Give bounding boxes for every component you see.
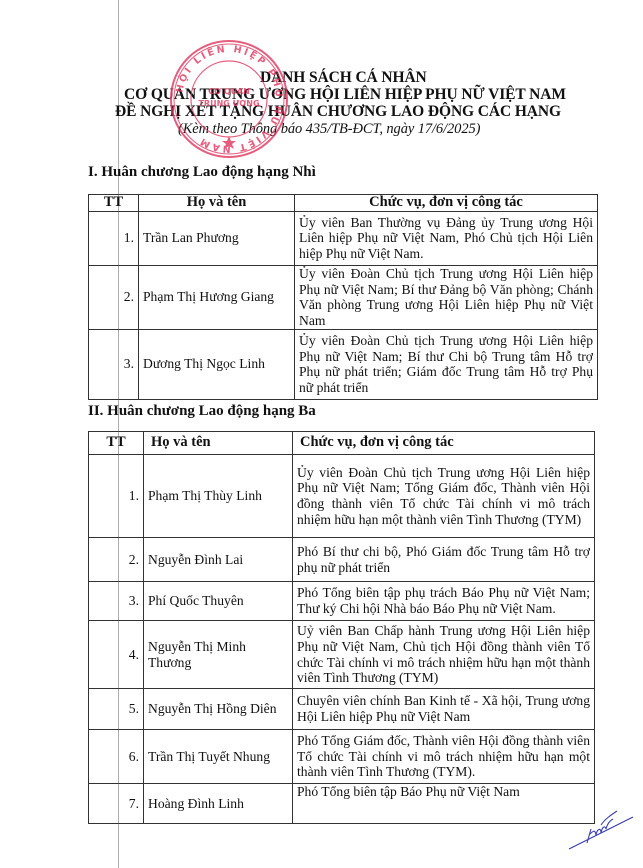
column-header-role: Chức vụ, đơn vị công tác — [293, 432, 595, 455]
column-header-role: Chức vụ, đơn vị công tác — [295, 195, 598, 212]
column-header-tt: TT — [89, 432, 144, 455]
person-name: Nguyễn Thị Hồng Diên — [144, 689, 293, 730]
table-row: 2. Nguyễn Đình Lai Phó Bí thư chi bộ, Ph… — [89, 538, 595, 582]
column-header-name: Họ và tên — [144, 432, 293, 455]
column-header-name: Họ và tên — [139, 195, 295, 212]
person-position: Phó Tổng Giám đốc, Thành viên Hội đồng t… — [293, 730, 595, 784]
table-row: 6. Trần Thị Tuyết Nhung Phó Tổng Giám đố… — [89, 730, 595, 784]
person-name: Dương Thị Ngọc Linh — [139, 329, 295, 399]
document-title: DANH SÁCH CÁ NHÂN — [260, 70, 427, 86]
document-reference-note: (Kèm theo Thông báo 435/TB-ĐCT, ngày 17/… — [178, 121, 480, 137]
column-header-tt: TT — [89, 195, 139, 212]
row-number: 3. — [89, 329, 139, 399]
award-table-third-class: TT Họ và tên Chức vụ, đơn vị công tác 1.… — [88, 431, 595, 824]
table-header-row: TT Họ và tên Chức vụ, đơn vị công tác — [89, 195, 598, 212]
row-number: 7. — [89, 784, 144, 824]
table-row: 5. Nguyễn Thị Hồng Diên Chuyên viên chín… — [89, 689, 595, 730]
award-table-second-class: TT Họ và tên Chức vụ, đơn vị công tác 1.… — [88, 194, 598, 400]
table-row: 1. Phạm Thị Thùy Linh Ủy viên Đoàn Chủ t… — [89, 455, 595, 538]
table-row: 2. Phạm Thị Hương Giang Ủy viên Đoàn Chủ… — [89, 265, 598, 329]
table-header-row: TT Họ và tên Chức vụ, đơn vị công tác — [89, 432, 595, 455]
person-name: Phạm Thị Hương Giang — [139, 265, 295, 329]
initials-signature-icon — [565, 805, 635, 855]
row-number: 6. — [89, 730, 144, 784]
person-position: Ủy viên Ban Thường vụ Đảng ủy Trung ương… — [295, 211, 598, 265]
document-subtitle-proposal: ĐỀ NGHỊ XÉT TẶNG HUÂN CHƯƠNG LAO ĐỘNG CÁ… — [115, 104, 561, 120]
row-number: 4. — [89, 621, 144, 689]
row-number: 2. — [89, 538, 144, 582]
person-name: Trần Thị Tuyết Nhung — [144, 730, 293, 784]
table-row: 1. Trần Lan Phương Ủy viên Ban Thường vụ… — [89, 211, 598, 265]
person-position: Ủy viên Đoàn Chủ tịch Trung ương Hội Liê… — [295, 265, 598, 329]
row-number: 3. — [89, 582, 144, 621]
person-position: Chuyên viên chính Ban Kinh tế - Xã hội, … — [293, 689, 595, 730]
person-position: Phó Bí thư chi bộ, Phó Giám đốc Trung tâ… — [293, 538, 595, 582]
stamp-star-icon — [222, 136, 236, 149]
document-subtitle-agency: CƠ QUAN TRUNG ƯƠNG HỘI LIÊN HIỆP PHỤ NỮ … — [124, 87, 566, 103]
person-position: Uỷ viên Ban Chấp hành Trung ương Hội Liê… — [293, 621, 595, 689]
person-position: Phó Tổng biên tập phụ trách Báo Phụ nữ V… — [293, 582, 595, 621]
row-number: 2. — [89, 265, 139, 329]
section-heading-second-class: I. Huân chương Lao động hạng Nhì — [88, 164, 316, 181]
person-name: Nguyễn Thị Minh Thương — [144, 621, 293, 689]
table-row: 4. Nguyễn Thị Minh Thương Uỷ viên Ban Ch… — [89, 621, 595, 689]
section-heading-third-class: II. Huân chương Lao động hạng Ba — [88, 403, 316, 420]
row-number: 5. — [89, 689, 144, 730]
person-name: Trần Lan Phương — [139, 211, 295, 265]
person-position: Ủy viên Đoàn Chủ tịch Trung ương Hội Liê… — [295, 329, 598, 399]
person-name: Hoàng Đình Linh — [144, 784, 293, 824]
person-name: Phí Quốc Thuyên — [144, 582, 293, 621]
table-row: 7. Hoàng Đình Linh Phó Tổng biên tập Báo… — [89, 784, 595, 824]
row-number: 1. — [89, 211, 139, 265]
person-position: Phó Tổng biên tập Báo Phụ nữ Việt Nam — [293, 784, 595, 824]
person-name: Phạm Thị Thùy Linh — [144, 455, 293, 538]
table-row: 3. Phí Quốc Thuyên Phó Tổng biên tập phụ… — [89, 582, 595, 621]
person-name: Nguyễn Đình Lai — [144, 538, 293, 582]
person-position: Ủy viên Đoàn Chủ tịch Trung ương Hội Liê… — [293, 455, 595, 538]
row-number: 1. — [89, 455, 144, 538]
table-row: 3. Dương Thị Ngọc Linh Ủy viên Đoàn Chủ … — [89, 329, 598, 399]
